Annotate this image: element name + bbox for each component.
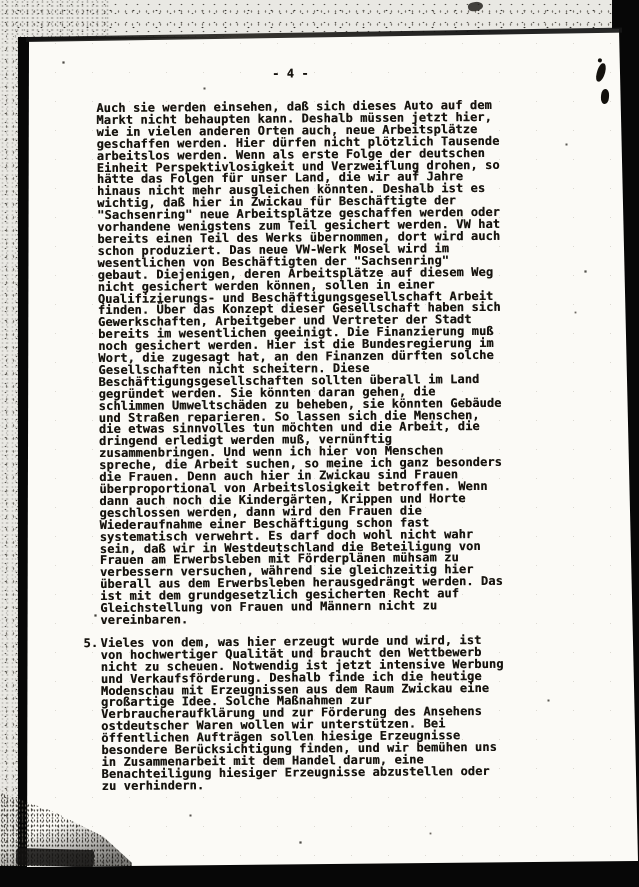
ink-blob-right-margin-2 bbox=[600, 89, 609, 105]
scanner-noise-left-cluster bbox=[0, 37, 18, 866]
ink-blob-right-margin-1 bbox=[595, 62, 607, 82]
document-page: - 4 - Auch sie werden einsehen, daß sich… bbox=[0, 0, 639, 887]
item5-number: 5. bbox=[83, 638, 101, 793]
scanner-noise-top-left-cluster bbox=[0, 0, 110, 37]
scanned-document: - 4 - Auch sie werden einsehen, daß sich… bbox=[0, 0, 639, 887]
paragraph-item5: 5. Vieles von dem, was hier erzeugt wurd… bbox=[100, 634, 581, 793]
scanner-noise-bottom-left-dark bbox=[16, 848, 94, 867]
paragraph-item4-continuation: Auch sie werden einsehen, daß sich diese… bbox=[96, 99, 580, 627]
page-number: - 4 - bbox=[272, 66, 576, 80]
item5-text: Vieles von dem, was hier erzeugt wurde u… bbox=[100, 635, 504, 793]
typewritten-text-block: - 4 - Auch sie werden einsehen, daß sich… bbox=[96, 66, 582, 792]
